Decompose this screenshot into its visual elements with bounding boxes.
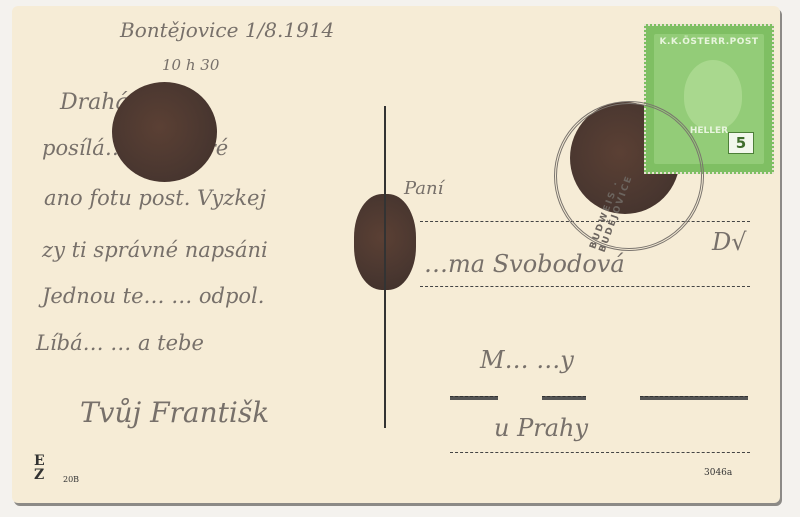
address-line (542, 396, 586, 400)
address-name: …ma Svobodová (424, 250, 625, 278)
time-note: 10 h 30 (162, 56, 219, 74)
place-date: Bontějovice 1/8.1914 (120, 18, 334, 42)
postmark: BUDWEIS · BUDĚJOVICE (554, 101, 704, 251)
emperor-portrait (684, 60, 742, 130)
series-code: 20B (63, 475, 79, 484)
address-city: M… …y (480, 346, 574, 374)
message-line-5: Jednou te… … odpol. (42, 284, 264, 308)
postmark-text: BUDWEIS · BUDĚJOVICE (588, 102, 659, 254)
signature: Tvůj Františk (80, 396, 269, 429)
message-line-6: Líbá… … a tebe (36, 331, 204, 355)
message-line-4: zy ti správné napsáni (42, 238, 268, 262)
center-divider (384, 106, 386, 428)
ink-blot (112, 82, 217, 182)
card-number: 3046a (704, 468, 732, 478)
publisher-mark: EZ (34, 454, 44, 482)
address-line (420, 286, 750, 287)
address-line (640, 396, 748, 400)
stamp-denomination: 5 (728, 132, 754, 154)
address-line (450, 452, 750, 453)
message-line-3: ano fotu post. Vyzkej (44, 186, 266, 210)
stamp-top-text: K.K.ÖSTERR.POST (654, 37, 764, 47)
pencil-mark: D√ (712, 228, 747, 256)
address-region: u Prahy (494, 414, 588, 442)
address-salutation: Paní (404, 178, 443, 199)
address-line (450, 396, 498, 400)
postcard-back: Bontějovice 1/8.1914 10 h 30 Drahá …ko! … (12, 6, 780, 503)
